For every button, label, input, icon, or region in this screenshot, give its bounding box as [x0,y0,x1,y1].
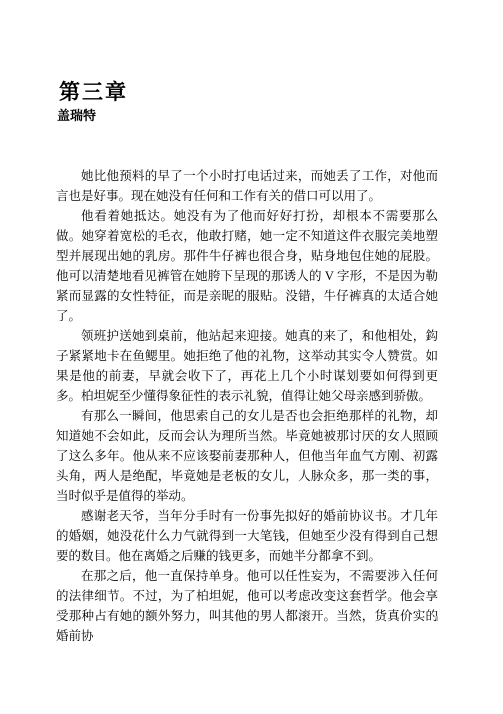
chapter-title: 第三章 [59,80,128,104]
body-paragraph: 她比他预料的早了一个小时打电话过来，而她丢了工作，对他而言也是好事。现在她没有任… [56,166,438,206]
chapter-subtitle: 盖瑞特 [57,108,96,124]
book-page: 第三章 盖瑞特 她比他预料的早了一个小时打电话过来，而她丢了工作，对他而言也是好… [0,0,503,714]
body-paragraph: 感谢老天爷，当年分手时有一份事先拟好的婚前协议书。才几年的婚姻，她没花什么力气就… [56,506,438,566]
body-paragraph: 领班护送她到桌前，他站起来迎接。她真的来了，和他相处，鈎子紧紧地卡在鱼鳃里。她拒… [56,326,438,406]
body-paragraph: 他看着她抵达。她没有为了他而好好打扮，却根本不需要那么做。她穿着宽松的毛衣，他敢… [56,206,438,326]
stray-artifact-mark [436,616,438,621]
chapter-body: 她比他预料的早了一个小时打电话过来，而她丢了工作，对他而言也是好事。现在她没有任… [56,166,438,646]
body-paragraph: 有那么一瞬间，他思索自己的女儿是否也会拒绝那样的礼物，却知道她不会如此，反而会认… [56,406,438,506]
body-paragraph: 在那之后，他一直保持单身。他可以任性妄为，不需要涉入任何的法律细节。不过，为了柏… [56,566,438,646]
